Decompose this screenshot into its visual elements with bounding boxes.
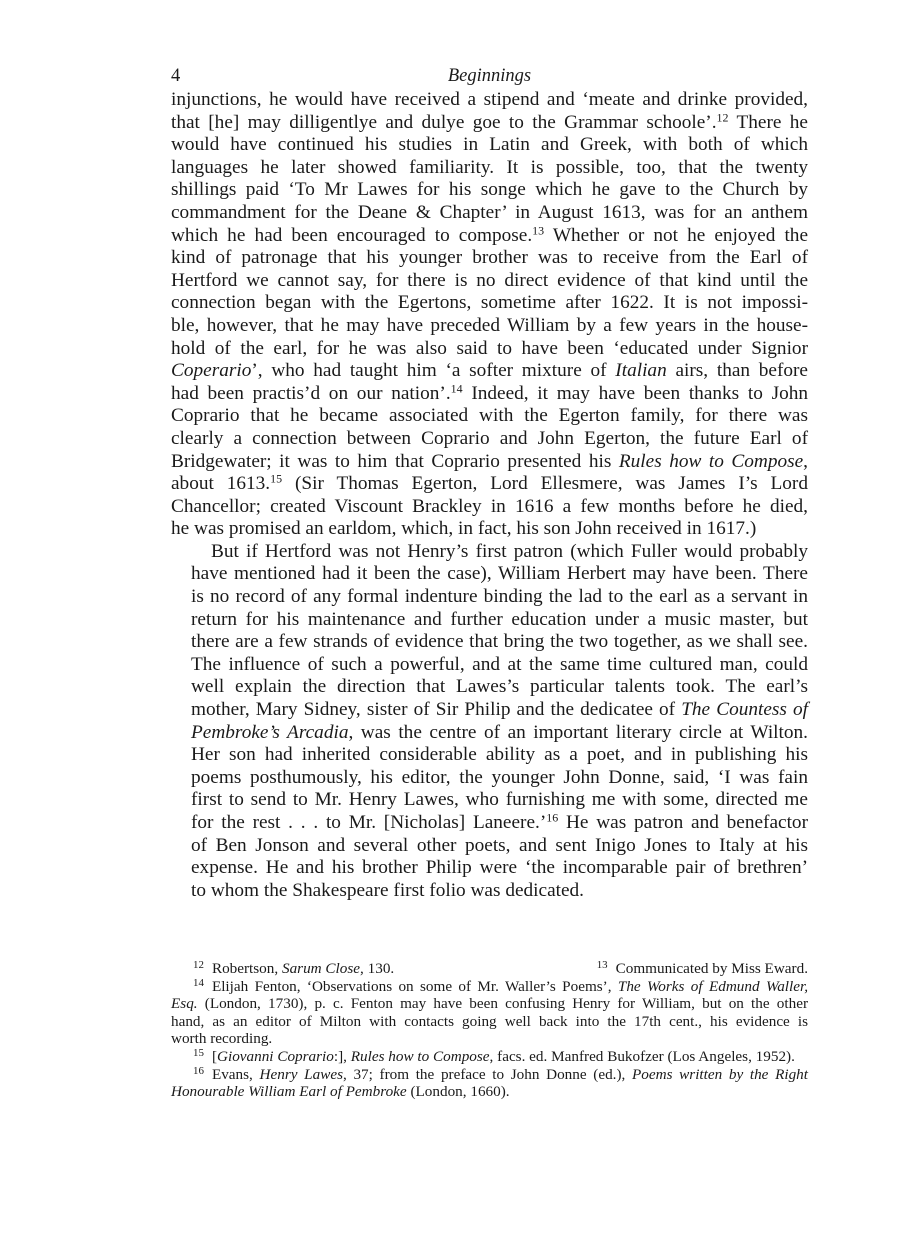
text-line: hold of the earl, for he was also said t…	[171, 338, 808, 361]
text-line: languages he later showed familiarity. I…	[171, 157, 808, 180]
footnote-line: hand, as an editor of Milton with contac…	[171, 1013, 808, 1031]
footnote-ref-12[interactable]: 12	[717, 110, 729, 124]
text-line: kind of patronage that his younger broth…	[171, 247, 808, 270]
page-header: 4 Beginnings	[171, 64, 808, 88]
text-line: connection began with the Egertons, some…	[171, 292, 808, 315]
text-line: about 1613.15 (Sir Thomas Egerton, Lord …	[171, 473, 808, 496]
text-line: there are a few strands of evidence that…	[171, 631, 808, 654]
footnote-line: Honourable William Earl of Pembroke (Lon…	[171, 1083, 808, 1101]
paragraph-1: injunctions, he would have received a st…	[171, 89, 808, 541]
text-line: expense. He and his brother Philip were …	[171, 857, 808, 880]
text-line: had been practis’d on our nation’.14 Ind…	[171, 383, 808, 406]
text-line: Pembroke’s Arcadia, was the centre of an…	[171, 722, 808, 745]
footnote-13: 13Communicated by Miss Eward.	[597, 960, 808, 978]
footnote-16: 16Evans, Henry Lawes, 37; from the prefa…	[171, 1066, 808, 1101]
text-line: Coprario that he became associated with …	[171, 405, 808, 428]
footnote-ref-14[interactable]: 14	[451, 381, 463, 395]
text-line: of Ben Jonson and several other poets, a…	[171, 835, 808, 858]
text-line: shillings paid ‘To Mr Lawes for his song…	[171, 179, 808, 202]
text-line: Hertford we cannot say, for there is no …	[171, 270, 808, 293]
text-line: ble, however, that he may have preceded …	[171, 315, 808, 338]
footnotes: 12Robertson, Sarum Close, 130. 13Communi…	[171, 960, 808, 1101]
text-line: well explain the direction that Lawes’s …	[171, 676, 808, 699]
text-line: poems posthumously, his editor, the youn…	[171, 767, 808, 790]
text-line: mother, Mary Sidney, sister of Sir Phili…	[171, 699, 808, 722]
footnote-12: 12Robertson, Sarum Close, 130.	[193, 960, 394, 978]
text-line: for the rest . . . to Mr. [Nicholas] Lan…	[171, 812, 808, 835]
text-line: injunctions, he would have received a st…	[171, 89, 808, 112]
text-line: Coperario’, who had taught him ‘a softer…	[171, 360, 808, 383]
text-line: he was promised an earldom, which, in fa…	[171, 518, 808, 541]
paragraph-2: But if Hertford was not Henry’s first pa…	[171, 541, 808, 903]
text-line: Chancellor; created Viscount Brackley in…	[171, 496, 808, 519]
footnote-number: 16	[193, 1065, 204, 1077]
footnote-row-12-13: 12Robertson, Sarum Close, 130. 13Communi…	[171, 960, 808, 978]
text-line: return for his maintenance and further e…	[171, 609, 808, 632]
footnote-line: 16Evans, Henry Lawes, 37; from the prefa…	[171, 1066, 808, 1084]
footnote-ref-13[interactable]: 13	[532, 223, 544, 237]
text-line: commandment for the Deane & Chapter’ in …	[171, 202, 808, 225]
footnote-line: 14Elijah Fenton, ‘Observations on some o…	[171, 978, 808, 996]
text-line: which he had been encouraged to compose.…	[171, 225, 808, 248]
text-line: that [he] may dilligentlye and dulye goe…	[171, 112, 808, 135]
text-line: clearly a connection between Coprario an…	[171, 428, 808, 451]
footnote-line: worth recording.	[171, 1030, 808, 1048]
text-line: Her son had inherited considerable abili…	[171, 744, 808, 767]
text-line: But if Hertford was not Henry’s first pa…	[171, 541, 808, 564]
text-line: Bridgewater; it was to him that Coprario…	[171, 451, 808, 474]
text-line: would have continued his studies in Lati…	[171, 134, 808, 157]
text-line: to whom the Shakespeare first folio was …	[171, 880, 808, 903]
text-line: have mentioned had it been the case), Wi…	[171, 563, 808, 586]
footnote-ref-15[interactable]: 15	[270, 472, 282, 486]
footnote-line: Esq. (London, 1730), p. c. Fenton may ha…	[171, 995, 808, 1013]
footnote-ref-16[interactable]: 16	[546, 810, 558, 824]
footnote-15: 15[Giovanni Coprario:], Rules how to Com…	[171, 1048, 808, 1066]
footnote-number: 14	[193, 977, 204, 989]
text-line: The influence of such a powerful, and at…	[171, 654, 808, 677]
text-line: is no record of any formal indenture bin…	[171, 586, 808, 609]
footnote-number: 12	[193, 959, 204, 971]
text-line: first to send to Mr. Henry Lawes, who fu…	[171, 789, 808, 812]
body-text: injunctions, he would have received a st…	[171, 89, 808, 902]
footnote-number: 13	[597, 959, 608, 971]
running-head: Beginnings	[171, 64, 808, 88]
footnote-14: 14Elijah Fenton, ‘Observations on some o…	[171, 978, 808, 1048]
footnote-line: 15[Giovanni Coprario:], Rules how to Com…	[171, 1048, 808, 1066]
footnote-number: 15	[193, 1047, 204, 1059]
